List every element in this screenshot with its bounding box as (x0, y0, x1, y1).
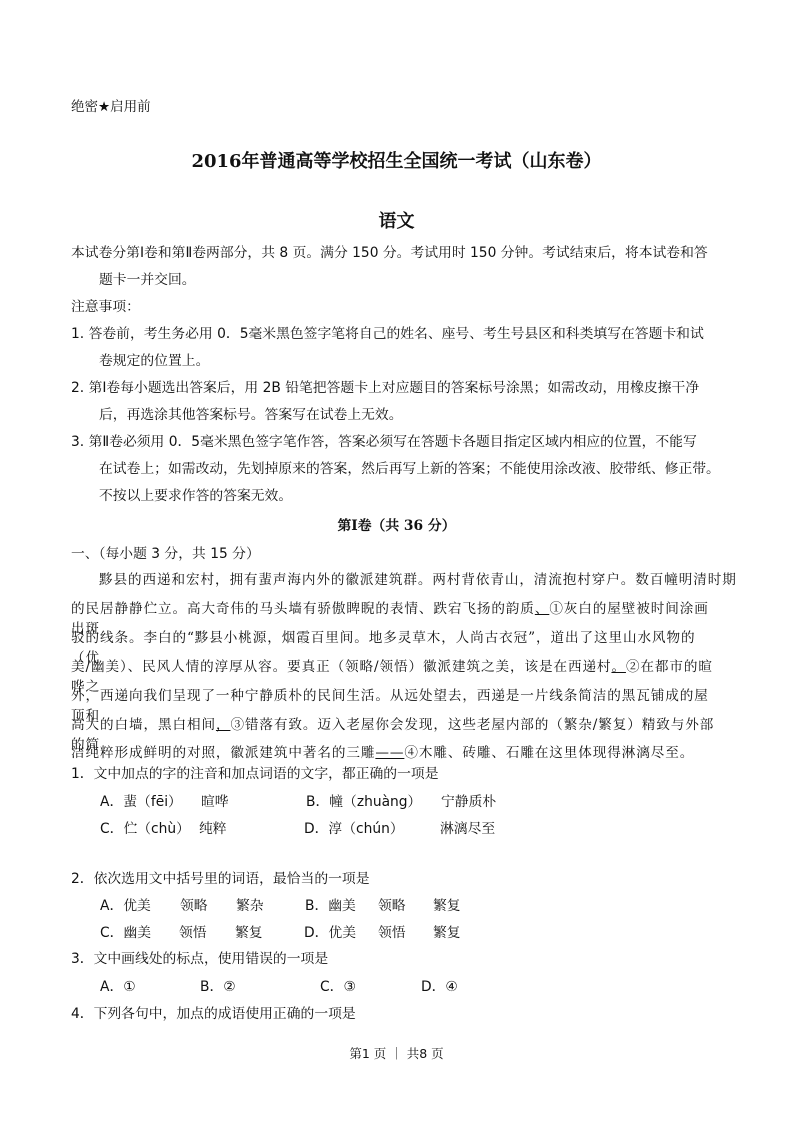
q2-option-c: C．幽美 (100, 920, 151, 947)
q1-option-d-word: 淋漓尽至 (440, 816, 495, 843)
q2-option-c-word-3: 繁复 (235, 920, 263, 947)
underlined-mark-3: ， (216, 717, 231, 733)
note-3-cont-2: 不按以上要求作答的答案无效。 (99, 483, 292, 510)
note-text: 答卷前，考生务必用 0．5毫米黑色签字笔将自己的姓名、座号、考生号县区和科类填写… (89, 326, 704, 342)
q3-option-d: D．④ (421, 974, 458, 1001)
note-2-cont: 后，再选涂其他答案标号。答案写在试卷上无效。 (99, 402, 403, 429)
notes-label: 注意事项： (71, 294, 140, 321)
q3-option-b: B．② (200, 974, 236, 1001)
q2-option-b-word-3: 繁复 (433, 893, 461, 920)
underlined-mark-2: 。 (611, 659, 626, 675)
page-footer: 第1 页 ｜ 共8 页 (0, 1040, 793, 1067)
note-1: 1. 答卷前，考生务必用 0．5毫米黑色签字笔将自己的姓名、座号、考生号县区和科… (71, 321, 704, 348)
q1-option-d: D．淳（chún） (304, 816, 404, 843)
subject-title: 语文 (0, 207, 793, 233)
q2-option-a-word-2: 领略 (180, 893, 208, 920)
note-number: 3. (71, 434, 84, 450)
q2-option-d: D．优美 (304, 920, 356, 947)
q2-option-c-word-2: 领悟 (179, 920, 207, 947)
note-number: 1. (71, 326, 84, 342)
q1-option-c-word: 纯粹 (199, 816, 227, 843)
q1-option-a: A．蜚（fēi） (100, 789, 182, 816)
exam-page: 绝密★启用前 2016年普通高等学校招生全国统一考试（山东卷） 语文 本试卷分第… (0, 0, 793, 1122)
passage-line-7: 洁纯粹形成鲜明的对照，徽派建筑中著名的三雕——④木雕、砖雕、石雕在这里体现得淋漓… (71, 741, 721, 761)
underlined-mark-4: —— (375, 745, 404, 761)
part-label: 一、（每小题 3 分，共 15 分） (71, 541, 260, 568)
underlined-mark-1: 、 (535, 601, 550, 617)
note-3: 3. 第Ⅱ卷必须用 0．5毫米黑色签字笔作答，答案必须写在答题卡各题目指定区域内… (71, 429, 697, 456)
note-text: 第Ⅰ卷每小题选出答案后，用 2B 铅笔把答题卡上对应题目的答案标号涂黑；如需改动… (89, 380, 700, 396)
q2-option-b: B．幽美 (305, 893, 356, 920)
q1-option-c: C．伫（chù） (100, 816, 190, 843)
secret-label: 绝密★启用前 (71, 95, 151, 115)
q3-option-c: C．③ (320, 974, 356, 1001)
q2-option-a-word-3: 繁杂 (236, 893, 264, 920)
q2-option-b-word-2: 领略 (378, 893, 406, 920)
question-1-stem: 1．文中加点的字的注音和加点词语的文字，都正确的一项是 (71, 761, 439, 788)
note-text: 第Ⅱ卷必须用 0．5毫米黑色签字笔作答，答案必须写在答题卡各题目指定区域内相应的… (89, 434, 697, 450)
q3-option-a: A．① (100, 974, 136, 1001)
passage-line-1: 黟县的西递和宏村，拥有蜚声海内外的徽派建筑群。两村背依青山，清流抱村穿户。数百幢… (99, 568, 749, 588)
question-4-stem: 4．下列各句中，加点的成语使用正确的一项是 (71, 1001, 356, 1028)
q1-option-b: B．幢（zhuàng） (306, 789, 421, 816)
q1-option-a-word: 暄哗 (201, 789, 229, 816)
q2-option-a: A．优美 (100, 893, 151, 920)
note-2: 2. 第Ⅰ卷每小题选出答案后，用 2B 铅笔把答题卡上对应题目的答案标号涂黑；如… (71, 375, 699, 402)
note-1-cont: 卷规定的位置上。 (99, 348, 209, 375)
exam-title: 2016年普通高等学校招生全国统一考试（山东卷） (0, 147, 793, 173)
intro-line-1: 本试卷分第Ⅰ卷和第Ⅱ卷两部分，共 8 页。满分 150 分。考试用时 150 分… (71, 240, 708, 267)
note-3-cont: 在试卷上；如需改动，先划掉原来的答案，然后再写上新的答案；不能使用涂改液、胶带纸… (99, 456, 720, 483)
q2-option-d-word-2: 领悟 (378, 920, 406, 947)
q2-option-d-word-3: 繁复 (433, 920, 461, 947)
question-2-stem: 2．依次选用文中括号里的词语，最恰当的一项是 (71, 866, 370, 893)
question-3-stem: 3．文中画线处的标点，使用错误的一项是 (71, 946, 328, 973)
q1-option-b-word: 宁静质朴 (441, 789, 496, 816)
section-title: 第Ⅰ卷（共 36 分） (0, 514, 793, 534)
note-number: 2. (71, 380, 84, 396)
intro-line-2: 题卡一并交回。 (99, 267, 196, 294)
